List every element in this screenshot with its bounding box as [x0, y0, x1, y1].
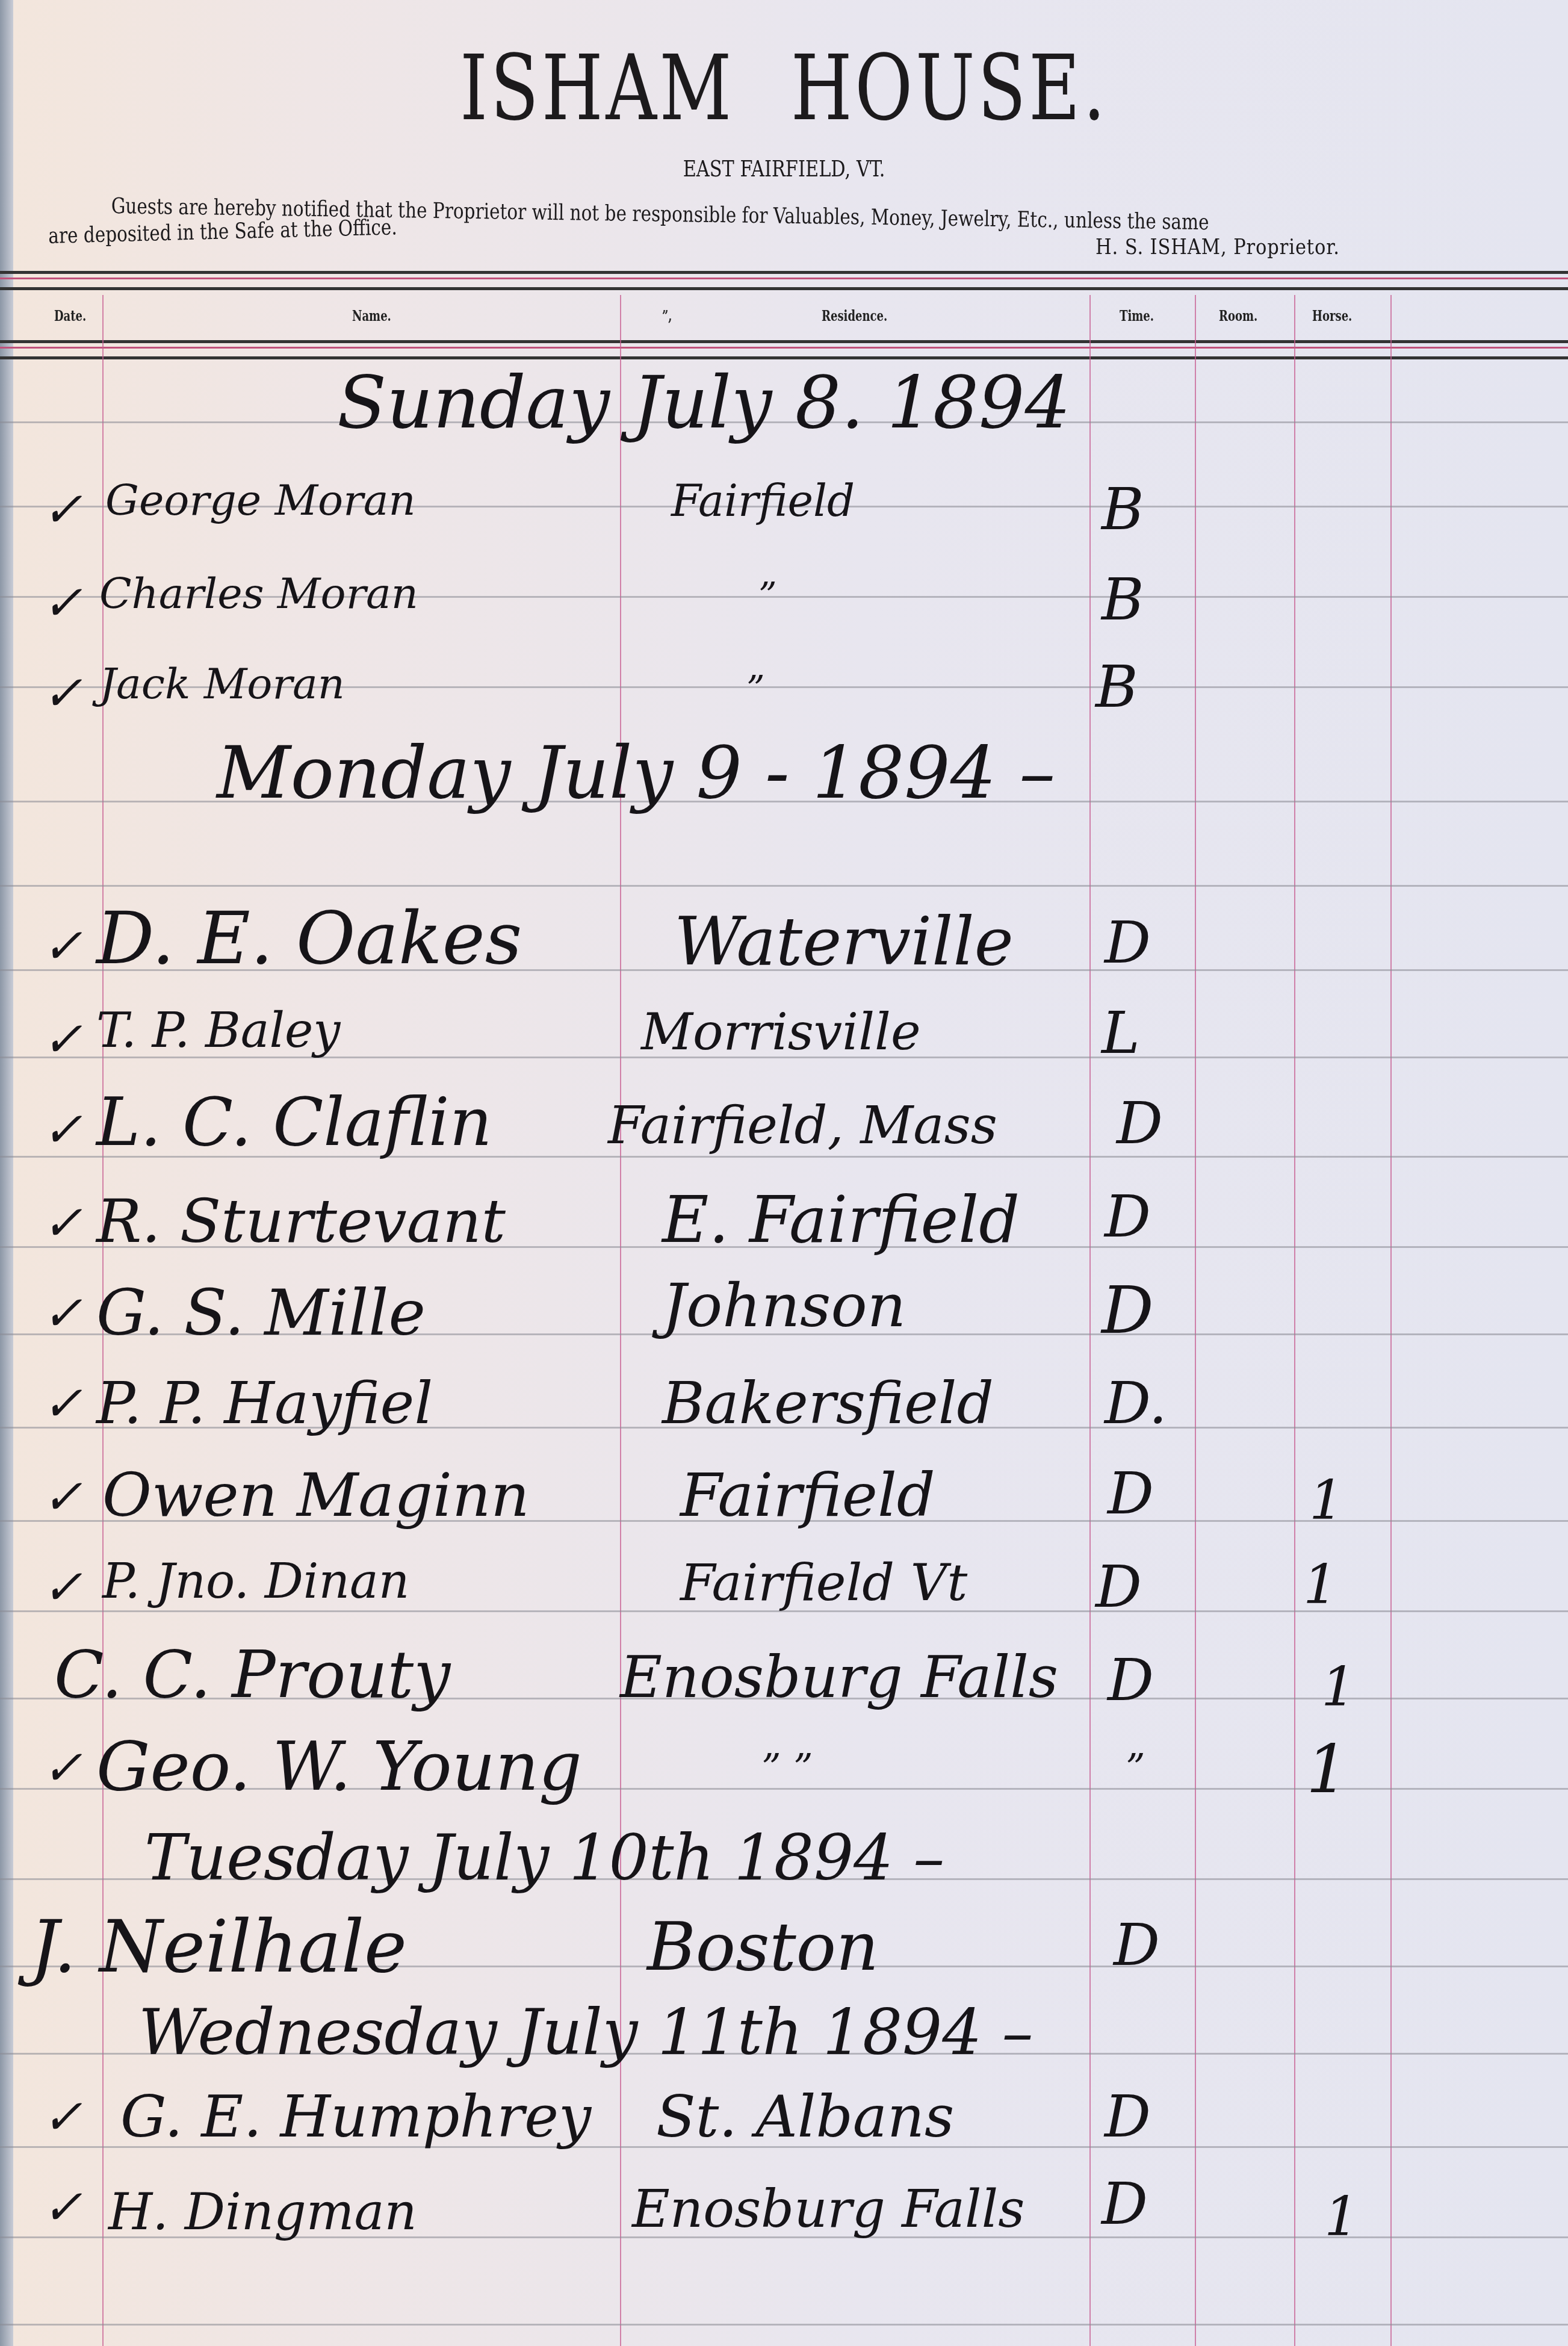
ruled-line: [0, 885, 1568, 887]
check-mark: ✓: [42, 1469, 82, 1525]
guest-residence: Morrisville: [641, 1002, 921, 1061]
guest-name: R. Sturtevant: [96, 1186, 506, 1256]
guest-time: D: [1105, 2083, 1151, 2150]
guest-time: D: [1105, 909, 1151, 976]
header-rule-top: [0, 271, 1568, 290]
guest-horse: 1: [1303, 1553, 1337, 1616]
guest-name: J. Neilhale: [30, 1905, 407, 1989]
header-rule-bottom: [0, 340, 1568, 359]
guest-name: George Moran: [105, 476, 416, 525]
guest-horse: 1: [1306, 1731, 1348, 1808]
guest-time: D.: [1105, 1370, 1167, 1437]
proprietor-line: H. S. ISHAM, Proprietor.: [1095, 235, 1340, 259]
guest-name: Geo. W. Young: [96, 1728, 582, 1806]
guest-residence: ”: [758, 575, 777, 617]
check-mark: ✓: [42, 1559, 82, 1615]
guest-name: L. C. Claflin: [96, 1084, 492, 1161]
guest-name: Jack Moran: [99, 659, 345, 709]
guest-name: T. P. Baley: [96, 1002, 341, 1058]
column-divider: [1294, 295, 1295, 2346]
day-header: Wednesday July 11th 1894 –: [138, 1996, 1033, 2069]
column-header-date: Date.: [54, 307, 86, 324]
guest-residence: Waterville: [674, 903, 1014, 980]
page-title: ISHAMHOUSE.: [173, 36, 1396, 141]
guest-time: D: [1102, 2170, 1148, 2238]
guest-horse: 1: [1324, 2185, 1359, 2248]
guest-horse: 1: [1321, 1656, 1356, 1719]
check-mark: ✓: [42, 1011, 82, 1067]
guest-residence: Johnson: [662, 1270, 906, 1341]
guest-time: D: [1117, 1090, 1163, 1157]
check-mark: ✓: [42, 2089, 82, 2145]
guest-name: P. Jno. Dinan: [102, 1553, 409, 1609]
column-header-residence: Residence.: [822, 307, 887, 324]
column-divider: [1195, 295, 1196, 2346]
guest-time: D: [1114, 1911, 1160, 1979]
day-header: Sunday July 8. 1894: [337, 361, 1071, 445]
guest-horse: 1: [1309, 1469, 1343, 1532]
column-header-horse: Horse.: [1312, 307, 1352, 324]
guest-residence: E. Fairfield: [662, 1183, 1020, 1257]
guest-name: Charles Moran: [99, 569, 418, 618]
guest-residence: Fairfield: [680, 1460, 935, 1530]
check-mark: ✓: [42, 665, 82, 721]
guest-time: L: [1102, 999, 1140, 1067]
guest-name: G. S. Mille: [96, 1276, 426, 1350]
guest-time: B: [1102, 566, 1144, 633]
check-mark: ✓: [42, 2179, 82, 2235]
guest-time: B: [1102, 476, 1144, 543]
guest-name: H. Dingman: [108, 2182, 417, 2241]
ruled-line: [0, 2324, 1568, 2326]
column-header-name: Name.: [352, 307, 391, 324]
title-word-isham: ISHAM: [460, 36, 734, 141]
check-mark: ✓: [42, 1102, 82, 1158]
guest-residence: St. Albans: [656, 2083, 954, 2150]
check-mark: ✓: [42, 575, 82, 631]
check-mark: ✓: [42, 1376, 82, 1432]
check-mark: ✓: [42, 482, 82, 538]
check-mark: ✓: [42, 1740, 82, 1796]
guest-residence: Fairfield, Mass: [608, 1096, 997, 1156]
column-divider: [1390, 295, 1392, 2346]
guest-time: D: [1095, 1553, 1142, 1621]
guest-residence: Enosburg Falls: [632, 2179, 1024, 2239]
guest-name: Owen Maginn: [102, 1460, 530, 1530]
guest-time: ”: [1126, 1746, 1145, 1790]
notice-line-2: are deposited in the Safe at the Office.: [48, 215, 397, 249]
guest-residence: Enosburg Falls: [620, 1643, 1058, 1711]
day-header: Tuesday July 10th 1894 –: [144, 1821, 944, 1894]
guest-name: D. E. Oakes: [96, 897, 522, 981]
guest-time: D: [1102, 1273, 1154, 1348]
guest-name: G. E. Humphrey: [120, 2083, 591, 2150]
guest-name: P. P. Hayfiel: [96, 1370, 433, 1437]
guest-residence: Bakersfield: [662, 1370, 994, 1437]
check-mark: ✓: [42, 1195, 82, 1251]
guest-residence: Fairfield: [671, 476, 855, 526]
column-header-room: Room.: [1219, 307, 1257, 324]
check-mark: ✓: [42, 1285, 82, 1341]
check-mark: ✓: [42, 918, 82, 974]
guest-residence: ”: [746, 668, 765, 710]
guest-residence: Boston: [647, 1908, 879, 1985]
guest-time: B: [1095, 653, 1138, 721]
column-header-ditto: ”,: [662, 307, 672, 324]
guest-time: D: [1108, 1460, 1154, 1527]
guest-time: D: [1108, 1646, 1154, 1714]
ledger-page: ISHAMHOUSE. EAST FAIRFIELD, VT. Guests a…: [0, 0, 1568, 2346]
location-line: EAST FAIRFIELD, VT.: [157, 155, 1412, 182]
guest-residence: ” ”: [761, 1746, 813, 1790]
guest-time: D: [1105, 1183, 1151, 1250]
day-header: Monday July 9 - 1894 –: [217, 731, 1055, 815]
column-divider: [1089, 295, 1091, 2346]
title-word-house: HOUSE.: [791, 36, 1108, 141]
column-header-time: Time.: [1120, 307, 1154, 324]
guest-residence: Fairfield Vt: [680, 1553, 967, 1612]
guest-name: C. C. Prouty: [54, 1637, 450, 1713]
